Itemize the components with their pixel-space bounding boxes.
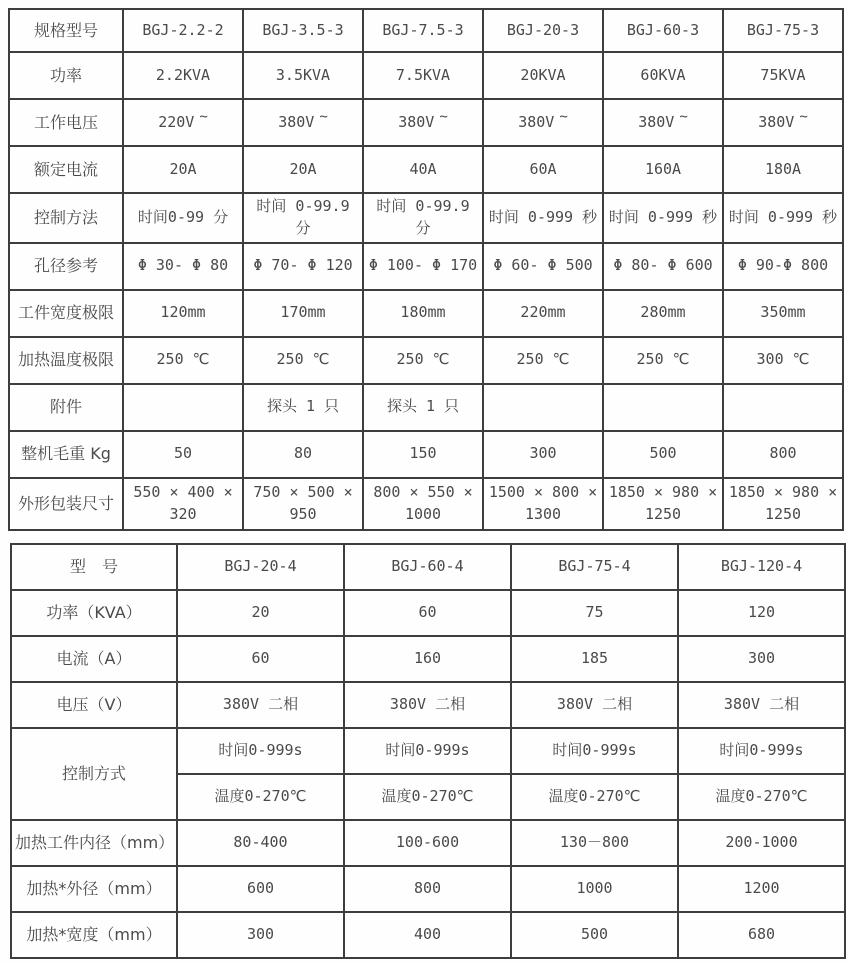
model-name: BGJ-3.5-3 [243, 9, 363, 52]
spec-cell: 250 ℃ [123, 337, 243, 384]
row-label: 加热工件内径（mm） [11, 820, 177, 866]
spec-cell [723, 384, 843, 431]
table-row: 功率 2.2KVA 3.5KVA 7.5KVA 20KVA 60KVA 75KV… [9, 52, 843, 99]
spec-cell: 温度0-270℃ [344, 774, 511, 820]
row-label: 电压（V） [11, 682, 177, 728]
spec-cell: 180A [723, 146, 843, 193]
table-row: 功率（KVA） 20 60 75 120 [11, 590, 845, 636]
spec-cell: 7.5KVA [363, 52, 483, 99]
table-row: 电流（A） 60 160 185 300 [11, 636, 845, 682]
spec-cell: 时间0-999s [344, 728, 511, 774]
spec-cell: 280mm [603, 290, 723, 337]
spec-cell: 时间0-999s [177, 728, 344, 774]
spec-cell: 1850 × 980 × 1250 [723, 478, 843, 530]
spec-cell: Φ 60- Φ 500 [483, 243, 603, 290]
spec-cell: 250 ℃ [363, 337, 483, 384]
table-row: 孔径参考 Φ 30- Φ 80 Φ 70- Φ 120 Φ 100- Φ 170… [9, 243, 843, 290]
spec-cell: 20KVA [483, 52, 603, 99]
spec-cell: 1850 × 980 × 1250 [603, 478, 723, 530]
row-label: 加热*外径（mm） [11, 866, 177, 912]
model-name: BGJ-20-4 [177, 544, 344, 590]
table-row: 整机毛重 Kg 50 80 150 300 500 800 [9, 431, 843, 478]
model-name: BGJ-7.5-3 [363, 9, 483, 52]
spec-cell: 150 [363, 431, 483, 478]
voltage-value: 380V [638, 113, 674, 131]
row-label: 工作电压 [9, 99, 123, 146]
spec-cell: 100-600 [344, 820, 511, 866]
table-row: 附件 探头 1 只 探头 1 只 [9, 384, 843, 431]
spec-cell: 400 [344, 912, 511, 958]
row-label: 整机毛重 Kg [9, 431, 123, 478]
ac-tilde: ~ [679, 109, 687, 125]
spec-cell: 1000 [511, 866, 678, 912]
spec-cell: 250 ℃ [243, 337, 363, 384]
spec-cell: 200-1000 [678, 820, 845, 866]
row-label: 加热温度极限 [9, 337, 123, 384]
table-row: 控制方法 时间0-99 分 时间 0-99.9 分 时间 0-99.9 分 时间… [9, 193, 843, 243]
table-row: 工件宽度极限 120mm 170mm 180mm 220mm 280mm 350… [9, 290, 843, 337]
spec-cell: 80 [243, 431, 363, 478]
spec-cell: Φ 70- Φ 120 [243, 243, 363, 290]
ac-tilde: ~ [439, 109, 447, 125]
spec-cell: 380V 二相 [511, 682, 678, 728]
row-label: 功率 [9, 52, 123, 99]
model-name: BGJ-2.2-2 [123, 9, 243, 52]
row-label: 额定电流 [9, 146, 123, 193]
spec-cell: 温度0-270℃ [177, 774, 344, 820]
table-row: 控制方式 时间0-999s 时间0-999s 时间0-999s 时间0-999s [11, 728, 845, 774]
row-label: 附件 [9, 384, 123, 431]
spec-cell: 550 × 400 × 320 [123, 478, 243, 530]
row-label: 孔径参考 [9, 243, 123, 290]
spec-cell: 380V 二相 [344, 682, 511, 728]
ac-tilde: ~ [319, 109, 327, 125]
spec-cell: 时间 0-99.9 分 [243, 193, 363, 243]
model-name: BGJ-60-4 [344, 544, 511, 590]
spec-cell: 185 [511, 636, 678, 682]
spec-cell: 800 [344, 866, 511, 912]
spec-cell: 130－800 [511, 820, 678, 866]
voltage-value: 380V [518, 113, 554, 131]
model-name: BGJ-60-3 [603, 9, 723, 52]
row-label: 电流（A） [11, 636, 177, 682]
spec-cell: 170mm [243, 290, 363, 337]
spec-cell: 380V~ [603, 99, 723, 146]
spec-cell: 时间 0-999 秒 [483, 193, 603, 243]
spec-cell: 温度0-270℃ [511, 774, 678, 820]
spec-cell: 750 × 500 × 950 [243, 478, 363, 530]
spec-cell: 120 [678, 590, 845, 636]
model-name: BGJ-20-3 [483, 9, 603, 52]
row-label: 工件宽度极限 [9, 290, 123, 337]
table-row: 外形包装尺寸 550 × 400 × 320 750 × 500 × 950 8… [9, 478, 843, 530]
spec-cell: 350mm [723, 290, 843, 337]
spec-cell: Φ 80- Φ 600 [603, 243, 723, 290]
spec-cell: Φ 30- Φ 80 [123, 243, 243, 290]
row-label: 控制方式 [11, 728, 177, 820]
spec-cell: Φ 90-Φ 800 [723, 243, 843, 290]
table-row: 额定电流 20A 20A 40A 60A 160A 180A [9, 146, 843, 193]
spec-table-1: 规格型号 BGJ-2.2-2 BGJ-3.5-3 BGJ-7.5-3 BGJ-2… [8, 8, 844, 531]
spec-cell: 探头 1 只 [363, 384, 483, 431]
spec-cell: 60 [344, 590, 511, 636]
spec-cell [603, 384, 723, 431]
spec-cell: 180mm [363, 290, 483, 337]
spec-cell: 20A [123, 146, 243, 193]
spec-cell: 75KVA [723, 52, 843, 99]
voltage-value: 380V [758, 113, 794, 131]
spec-cell: 1200 [678, 866, 845, 912]
spec-cell: 380V~ [483, 99, 603, 146]
spec-table-2: 型 号 BGJ-20-4 BGJ-60-4 BGJ-75-4 BGJ-120-4… [10, 543, 846, 959]
spec-cell: 时间 0-999 秒 [723, 193, 843, 243]
spec-cell: 时间0-999s [511, 728, 678, 774]
spec-cell: 20A [243, 146, 363, 193]
ac-tilde: ~ [559, 109, 567, 125]
spec-cell: 300 [678, 636, 845, 682]
spec-cell: 300 [177, 912, 344, 958]
spec-cell: 160A [603, 146, 723, 193]
spec-cell: 时间0-99 分 [123, 193, 243, 243]
model-name: BGJ-75-3 [723, 9, 843, 52]
table-row: 型 号 BGJ-20-4 BGJ-60-4 BGJ-75-4 BGJ-120-4 [11, 544, 845, 590]
model-name: BGJ-75-4 [511, 544, 678, 590]
spec-cell: 40A [363, 146, 483, 193]
spec-cell: 300 [483, 431, 603, 478]
table-row: 电压（V） 380V 二相 380V 二相 380V 二相 380V 二相 [11, 682, 845, 728]
model-name: BGJ-120-4 [678, 544, 845, 590]
spec-cell [123, 384, 243, 431]
spec-cell: 380V 二相 [177, 682, 344, 728]
spec-cell: 220mm [483, 290, 603, 337]
table-row: 加热*外径（mm） 600 800 1000 1200 [11, 866, 845, 912]
voltage-value: 380V [398, 113, 434, 131]
spec-cell: 20 [177, 590, 344, 636]
spec-cell [483, 384, 603, 431]
spec-cell: 60 [177, 636, 344, 682]
spec-cell: 2.2KVA [123, 52, 243, 99]
spec-cell: 120mm [123, 290, 243, 337]
spec-cell: 500 [511, 912, 678, 958]
ac-tilde: ~ [199, 109, 207, 125]
row-label: 型 号 [11, 544, 177, 590]
spec-cell: 60KVA [603, 52, 723, 99]
spec-cell: 380V~ [363, 99, 483, 146]
spec-cell: 680 [678, 912, 845, 958]
spec-cell: 600 [177, 866, 344, 912]
spec-cell: 80-400 [177, 820, 344, 866]
spec-cell: Φ 100- Φ 170 [363, 243, 483, 290]
spec-cell: 380V~ [723, 99, 843, 146]
ac-tilde: ~ [799, 109, 807, 125]
spec-cell: 250 ℃ [603, 337, 723, 384]
spec-cell: 160 [344, 636, 511, 682]
spec-cell: 时间 0-99.9 分 [363, 193, 483, 243]
row-label: 功率（KVA） [11, 590, 177, 636]
spec-cell: 温度0-270℃ [678, 774, 845, 820]
page: 规格型号 BGJ-2.2-2 BGJ-3.5-3 BGJ-7.5-3 BGJ-2… [0, 0, 850, 964]
spec-cell: 300 ℃ [723, 337, 843, 384]
table-row: 加热温度极限 250 ℃ 250 ℃ 250 ℃ 250 ℃ 250 ℃ 300… [9, 337, 843, 384]
row-label: 规格型号 [9, 9, 123, 52]
table-row: 加热*宽度（mm） 300 400 500 680 [11, 912, 845, 958]
spec-cell: 3.5KVA [243, 52, 363, 99]
table-row: 加热工件内径（mm） 80-400 100-600 130－800 200-10… [11, 820, 845, 866]
voltage-value: 380V [278, 113, 314, 131]
spec-cell: 时间0-999s [678, 728, 845, 774]
spec-cell: 380V 二相 [678, 682, 845, 728]
spec-cell: 50 [123, 431, 243, 478]
spec-cell: 500 [603, 431, 723, 478]
spec-cell: 探头 1 只 [243, 384, 363, 431]
voltage-value: 220V [158, 113, 194, 131]
row-label: 控制方法 [9, 193, 123, 243]
spec-cell: 220V~ [123, 99, 243, 146]
spec-cell: 800 × 550 × 1000 [363, 478, 483, 530]
spec-cell: 1500 × 800 × 1300 [483, 478, 603, 530]
spec-cell: 75 [511, 590, 678, 636]
table-row: 工作电压 220V~ 380V~ 380V~ 380V~ 380V~ 380V~ [9, 99, 843, 146]
spec-cell: 时间 0-999 秒 [603, 193, 723, 243]
spec-cell: 380V~ [243, 99, 363, 146]
spec-cell: 800 [723, 431, 843, 478]
spec-cell: 60A [483, 146, 603, 193]
spec-cell: 250 ℃ [483, 337, 603, 384]
table-row: 规格型号 BGJ-2.2-2 BGJ-3.5-3 BGJ-7.5-3 BGJ-2… [9, 9, 843, 52]
row-label: 外形包装尺寸 [9, 478, 123, 530]
row-label: 加热*宽度（mm） [11, 912, 177, 958]
